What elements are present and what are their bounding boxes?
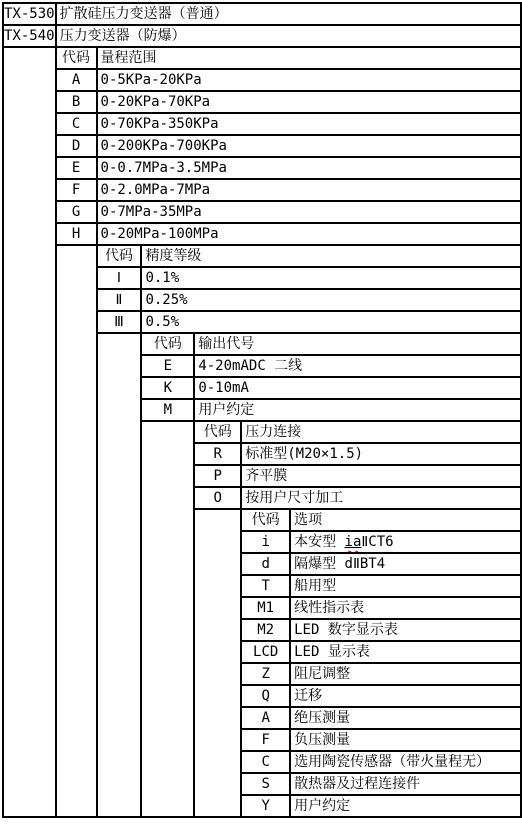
indent-spacer bbox=[56, 245, 97, 817]
indent-spacer bbox=[194, 509, 241, 817]
value-cell: 4-20mADC 二线 bbox=[194, 355, 521, 377]
value-cell: 0-0.7MPa-3.5MPa bbox=[97, 157, 521, 179]
section-title: 选项 bbox=[290, 509, 521, 531]
value-cell: 0.25% bbox=[141, 289, 521, 311]
value-cell: 0.1% bbox=[141, 267, 521, 289]
code-cell: T bbox=[241, 575, 290, 597]
value-cell: 0-20MPa-100MPa bbox=[97, 223, 521, 245]
code-cell: Q bbox=[241, 685, 290, 707]
value-cell: 负压测量 bbox=[290, 729, 521, 751]
code-cell: LCD bbox=[241, 641, 290, 663]
code-cell: O bbox=[194, 487, 241, 509]
value-cell: LED 数字显示表 bbox=[290, 619, 521, 641]
code-cell: D bbox=[56, 135, 97, 157]
value-cell: 散热器及过程连接件 bbox=[290, 773, 521, 795]
value-cell: 本安型 iaⅡCT6 bbox=[290, 531, 521, 553]
value-cell: 迁移 bbox=[290, 685, 521, 707]
value-cell: 标准型(M20×1.5) bbox=[241, 443, 521, 465]
value-cell: 按用户尺寸加工 bbox=[241, 487, 521, 509]
product-row: TX-540 压力变送器（防爆） bbox=[3, 25, 521, 47]
product-row: TX-530 扩散硅压力变送器（普通） bbox=[3, 3, 521, 25]
code-cell: P bbox=[194, 465, 241, 487]
table-row: F0-2.0MPa-7MPa bbox=[3, 179, 521, 201]
code-cell: M1 bbox=[241, 597, 290, 619]
value-cell: 线性指示表 bbox=[290, 597, 521, 619]
code-cell: R bbox=[194, 443, 241, 465]
value-cell: 绝压测量 bbox=[290, 707, 521, 729]
code-cell: F bbox=[241, 729, 290, 751]
code-cell: S bbox=[241, 773, 290, 795]
code-cell: E bbox=[141, 355, 194, 377]
table-row: H0-20MPa-100MPa bbox=[3, 223, 521, 245]
value-cell: 选用陶瓷传感器（带火量程无） bbox=[290, 751, 521, 773]
indent-spacer bbox=[97, 333, 142, 817]
section-code-header: 代码 bbox=[241, 509, 290, 531]
code-cell: Z bbox=[241, 663, 290, 685]
section-title: 输出代号 bbox=[194, 333, 521, 355]
code-cell: Ⅰ bbox=[97, 267, 142, 289]
value-cell: 0.5% bbox=[141, 311, 521, 333]
code-cell: G bbox=[56, 201, 97, 223]
product-name: 压力变送器（防爆） bbox=[56, 25, 521, 47]
code-cell: M bbox=[141, 399, 194, 421]
section-header-row: 代码 量程范围 bbox=[3, 47, 521, 69]
table-row: G0-7MPa-35MPa bbox=[3, 201, 521, 223]
section-title: 量程范围 bbox=[97, 47, 521, 69]
table-row: D0-200KPa-700KPa bbox=[3, 135, 521, 157]
product-code: TX-540 bbox=[3, 25, 56, 47]
code-cell: E bbox=[56, 157, 97, 179]
table-row: E0-0.7MPa-3.5MPa bbox=[3, 157, 521, 179]
value-cell: 0-2.0MPa-7MPa bbox=[97, 179, 521, 201]
misspelled-text: ia bbox=[345, 534, 362, 550]
value-cell: 用户约定 bbox=[194, 399, 521, 421]
section-title: 精度等级 bbox=[141, 245, 521, 267]
section-code-header: 代码 bbox=[141, 333, 194, 355]
table-row: A0-5KPa-20KPa bbox=[3, 69, 521, 91]
value-cell: 0-70KPa-350KPa bbox=[97, 113, 521, 135]
page: TX-530 扩散硅压力变送器（普通） TX-540 压力变送器（防爆） 代码 … bbox=[0, 2, 522, 829]
option-text: ⅡCT6 bbox=[361, 534, 393, 550]
section-code-header: 代码 bbox=[194, 421, 241, 443]
value-cell: 0-20KPa-70KPa bbox=[97, 91, 521, 113]
product-code: TX-530 bbox=[3, 3, 56, 25]
indent-spacer bbox=[141, 421, 194, 817]
value-cell: LED 显示表 bbox=[290, 641, 521, 663]
code-cell: F bbox=[56, 179, 97, 201]
code-cell: C bbox=[56, 113, 97, 135]
code-cell: A bbox=[56, 69, 97, 91]
code-cell: A bbox=[241, 707, 290, 729]
code-cell: M2 bbox=[241, 619, 290, 641]
value-cell: 船用型 bbox=[290, 575, 521, 597]
value-cell: 0-200KPa-700KPa bbox=[97, 135, 521, 157]
value-cell: 用户约定 bbox=[290, 795, 521, 817]
section-header-row: 代码 精度等级 bbox=[3, 245, 521, 267]
code-cell: d bbox=[241, 553, 290, 575]
value-cell: 0-10mA bbox=[194, 377, 521, 399]
section-title: 压力连接 bbox=[241, 421, 521, 443]
value-cell: 0-7MPa-35MPa bbox=[97, 201, 521, 223]
value-cell: 隔爆型 dⅡBT4 bbox=[290, 553, 521, 575]
code-cell: Ⅱ bbox=[97, 289, 142, 311]
indent-spacer bbox=[3, 47, 56, 817]
code-cell: Y bbox=[241, 795, 290, 817]
code-cell: i bbox=[241, 531, 290, 553]
section-code-header: 代码 bbox=[97, 245, 142, 267]
section-code-header: 代码 bbox=[56, 47, 97, 69]
table-row: C0-70KPa-350KPa bbox=[3, 113, 521, 135]
product-name: 扩散硅压力变送器（普通） bbox=[56, 3, 521, 25]
code-cell: C bbox=[241, 751, 290, 773]
code-cell: K bbox=[141, 377, 194, 399]
code-cell: Ⅲ bbox=[97, 311, 142, 333]
ordering-code-table: TX-530 扩散硅压力变送器（普通） TX-540 压力变送器（防爆） 代码 … bbox=[2, 2, 522, 818]
value-cell: 齐平膜 bbox=[241, 465, 521, 487]
option-text: 本安型 bbox=[294, 534, 344, 550]
code-cell: B bbox=[56, 91, 97, 113]
value-cell: 0-5KPa-20KPa bbox=[97, 69, 521, 91]
code-cell: H bbox=[56, 223, 97, 245]
table-row: B0-20KPa-70KPa bbox=[3, 91, 521, 113]
value-cell: 阻尼调整 bbox=[290, 663, 521, 685]
underlined-text: ia bbox=[345, 534, 362, 550]
